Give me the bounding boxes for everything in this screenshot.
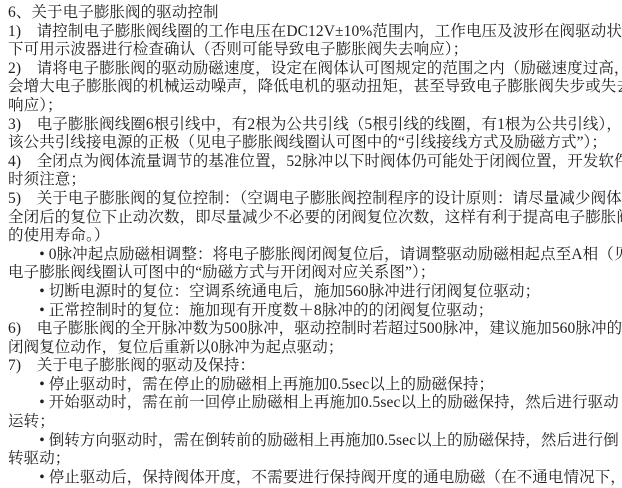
text-line: 响应）；: [8, 97, 616, 116]
text-line: 2) 请将电子膨胀阀的驱动励磁速度，设定在阀体认可图规定的范围之内（励磁速度过高…: [8, 60, 616, 79]
bullet-line: • 停止驱动时，需在停止的励磁相上再施加0.5sec以上的励磁保持；: [8, 376, 616, 395]
text-line: 该公共引线接电源的正极（见电子膨胀阀线圈认可图中的“引线接线方式及励磁方式”）；: [8, 134, 616, 153]
text-line: 闭阀复位动作，复位后重新以0脉冲为起点驱动；: [8, 339, 616, 358]
bullet-line: • 切断电源时的复位：空调系统通电后，施加560脉冲进行闭阀复位驱动；: [8, 283, 616, 302]
document-page: 6、关于电子膨胀阀的驱动控制 1) 请控制电子膨胀阀线圈的工作电压在DC12V±…: [0, 0, 622, 488]
bullet-line: • 0脉冲起点励磁相调整：将电子膨胀阀闭阀复位后，请调整驱动励磁相起点至A相（见: [8, 246, 616, 265]
text-line: 1) 请控制电子膨胀阀线圈的工作电压在DC12V±10%范围内，工作电压及波形在…: [8, 23, 616, 42]
section-heading: 6、关于电子膨胀阀的驱动控制: [8, 4, 616, 23]
text-line: 5) 关于电子膨胀阀的复位控制：（空调电子膨胀阀控制程序的设计原则：请尽量减少阀…: [8, 190, 616, 209]
text-line: 4) 全闭点为阀体流量调节的基准位置，52脉冲以下时阀体仍可能处于闭阀位置，开发…: [8, 153, 616, 172]
text-line: 全闭后的复位下止动次数，即尽量减少不必要的闭阀复位次数，这样有利于提高电子膨胀阀: [8, 209, 616, 228]
bullet-line: • 倒转方向驱动时，需在倒转前的励磁相上再施加0.5sec以上的励磁保持，然后进…: [8, 432, 616, 451]
text-line: 的使用寿命。）: [8, 227, 616, 246]
text-line: 7) 关于电子膨胀阀的驱动及保持：: [8, 357, 616, 376]
text-line: 转驱动；: [8, 450, 616, 469]
text-line: 运转；: [8, 413, 616, 432]
text-line: 6) 电子膨胀阀的全开脉冲数为500脉冲，驱动控制时若超过500脉冲，建议施加5…: [8, 320, 616, 339]
text-line: 时须注意；: [8, 171, 616, 190]
text-line: 电子膨胀阀线圈认可图中的“励磁方式与开闭阀对应关系图”）；: [8, 264, 616, 283]
text-line: 下可用示波器进行检查确认（否则可能导致电子膨胀阀失去响应）；: [8, 41, 616, 60]
bullet-line: • 正常控制时的复位：施加现有开度数＋8脉冲的的闭阀复位驱动；: [8, 302, 616, 321]
bullet-line: • 停止驱动后，保持阀体开度，不需要进行保持阀开度的通电励磁（在不通电情况下，: [8, 469, 616, 488]
text-line: 会增大电子膨胀阀的机械运动噪声，降低电机的驱动扭矩，甚至导致电子膨胀阀失步或失去: [8, 78, 616, 97]
text-line: 3) 电子膨胀阀线圈6根引线中，有2根为公共引线（5根引线的线圈，有1根为公共引…: [8, 116, 616, 135]
bullet-line: • 开始驱动时，需在前一回停止励磁相上再施加0.5sec以上的励磁保持，然后进行…: [8, 394, 616, 413]
